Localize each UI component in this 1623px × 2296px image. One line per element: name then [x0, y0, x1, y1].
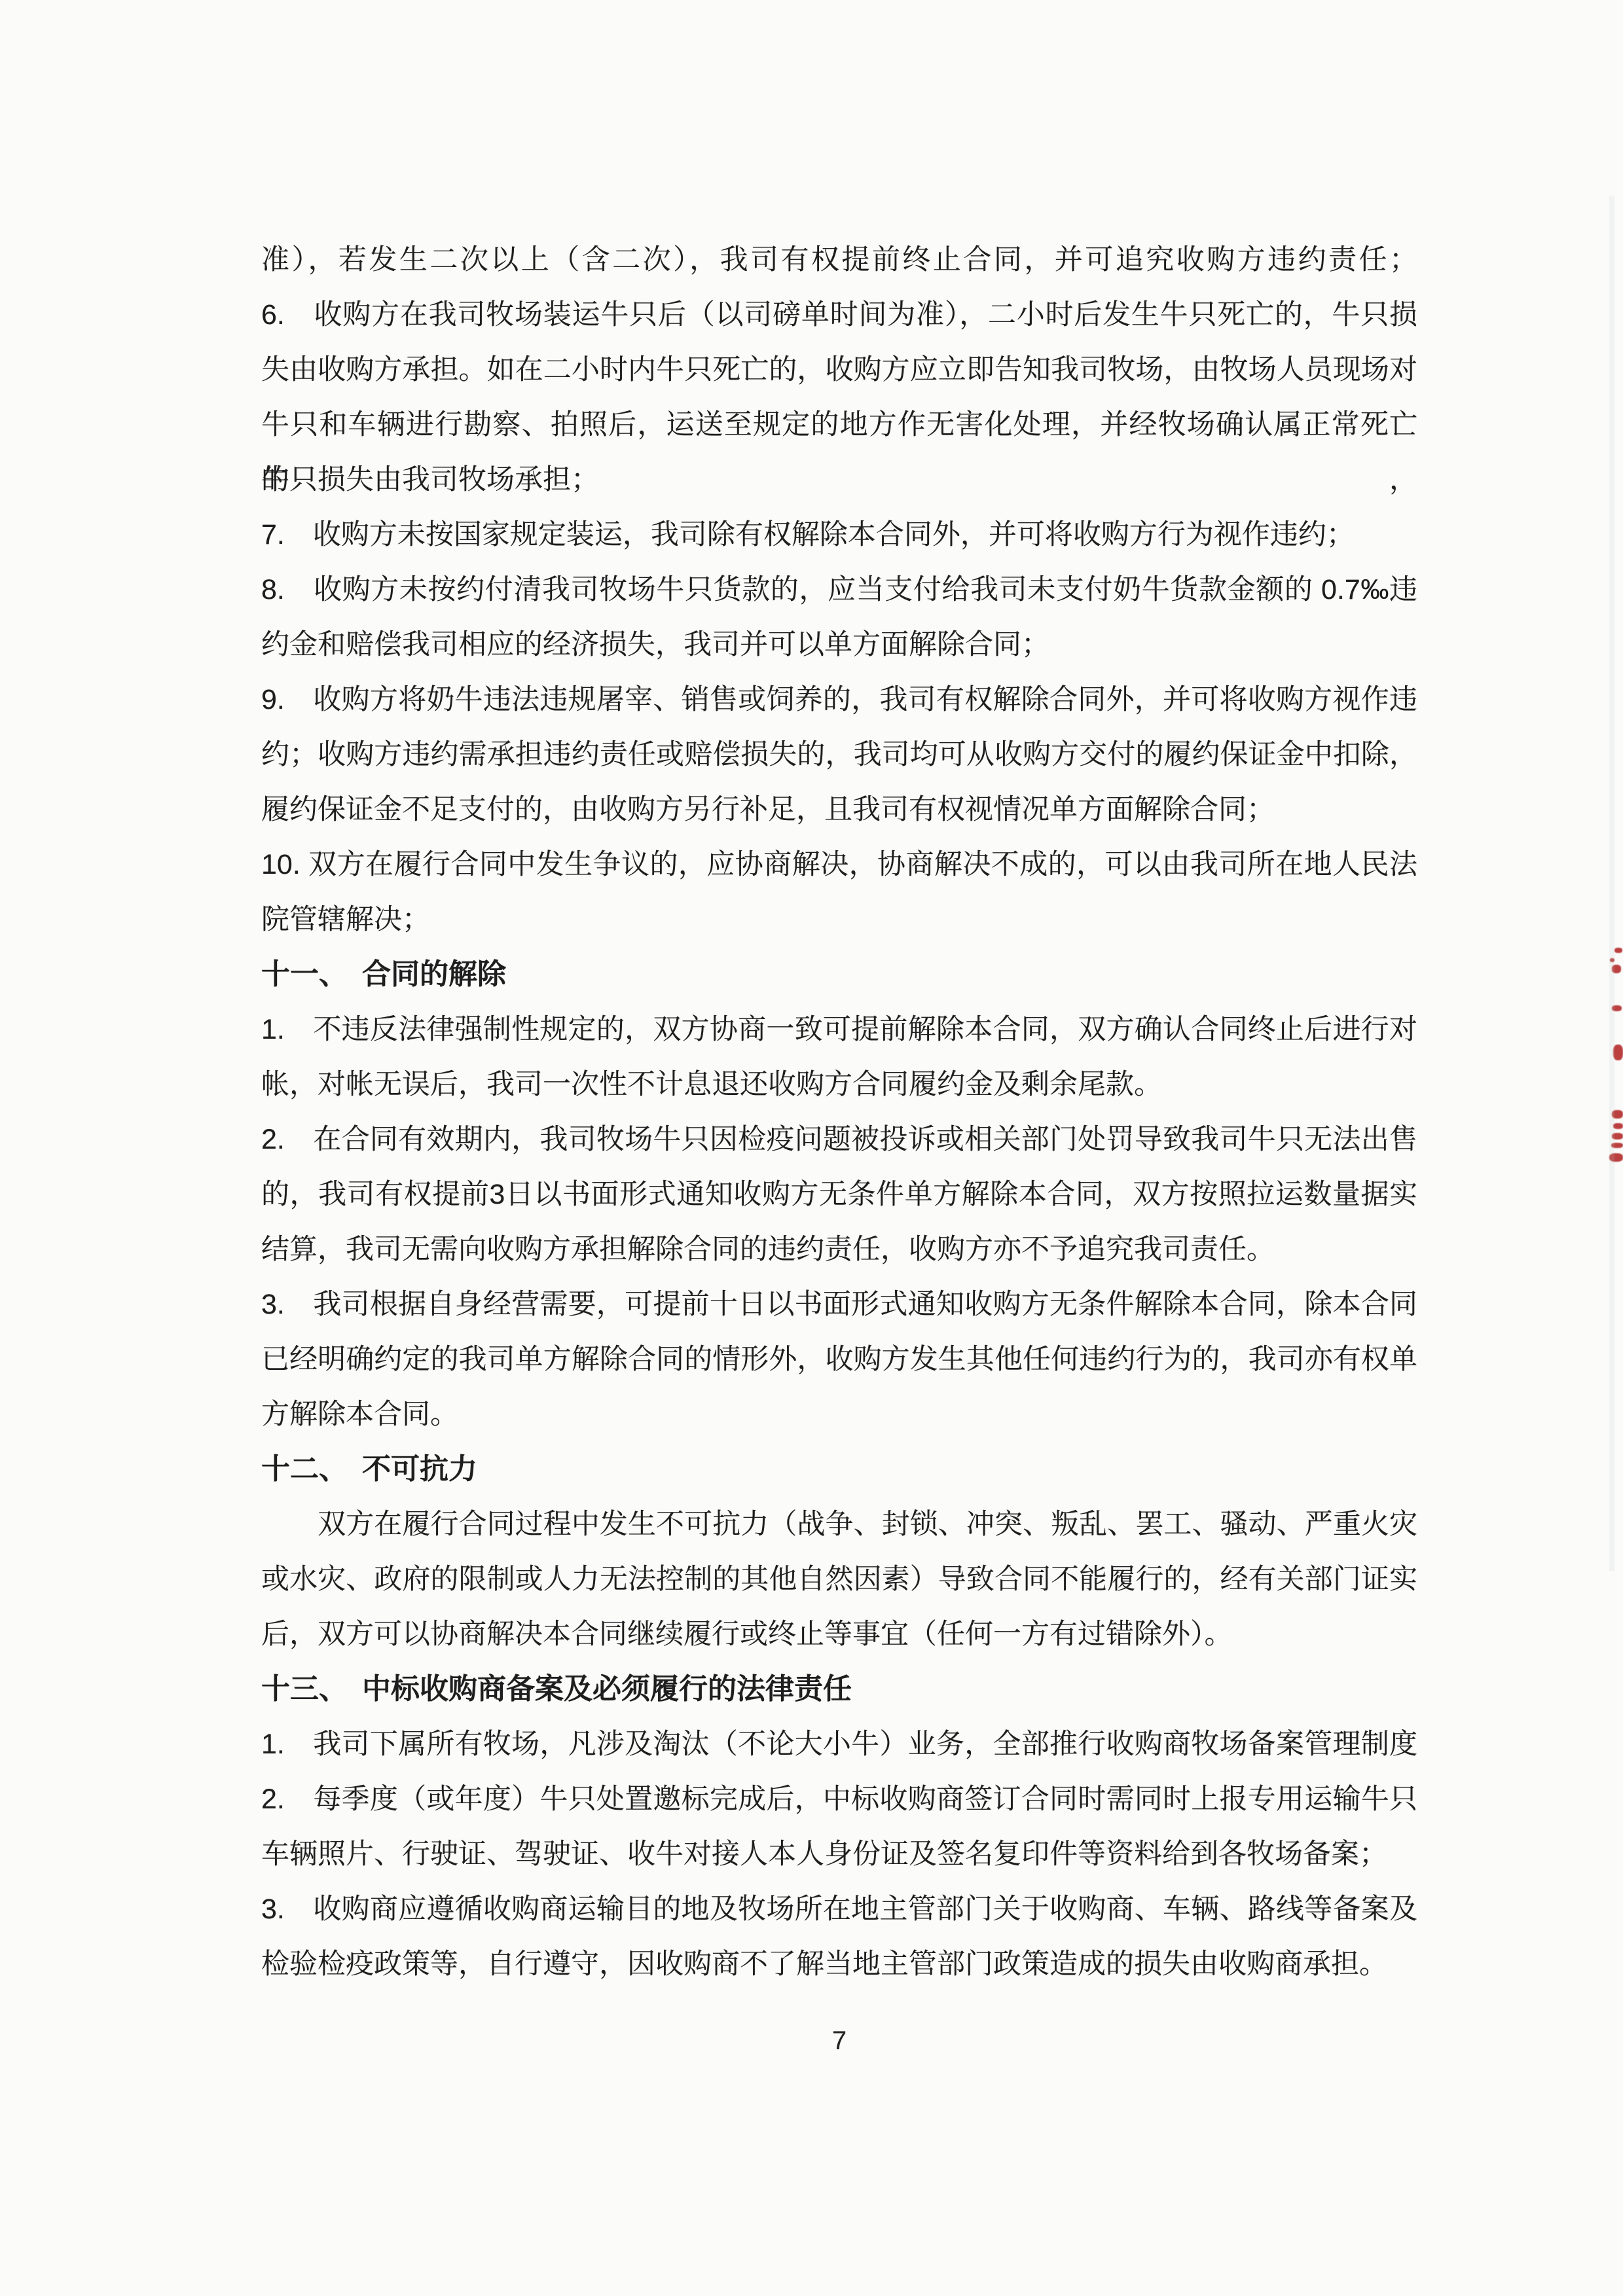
- contract-line: 后，双方可以协商解决本合同继续履行或终止等事宜（任何一方有过错除外）。: [261, 1607, 1417, 1662]
- document-page: 准），若发生二次以上（含二次），我司有权提前终止合同，并可追究收购方违约责任； …: [0, 0, 1623, 2296]
- contract-line: 2. 在合同有效期内，我司牧场牛只因检疫问题被投诉或相关部门处罚导致我司牛只无法…: [261, 1112, 1417, 1167]
- contract-line: 3. 我司根据自身经营需要，可提前十日以书面形式通知收购方无条件解除本合同，除本…: [261, 1277, 1417, 1332]
- contract-line: 结算，我司无需向收购方承担解除合同的违约责任，收购方亦不予追究我司责任。: [261, 1222, 1417, 1277]
- contract-line: 已经明确约定的我司单方解除合同的情形外，收购方发生其他任何违约行为的，我司亦有权…: [261, 1332, 1417, 1387]
- contract-line: 6. 收购方在我司牧场装运牛只后（以司磅单时间为准），二小时后发生牛只死亡的，牛…: [261, 287, 1417, 342]
- contract-line: 双方在履行合同过程中发生不可抗力（战争、封锁、冲突、叛乱、罢工、骚动、严重火灾: [261, 1497, 1417, 1552]
- contract-line: 3. 收购商应遵循收购商运输目的地及牧场所在地主管部门关于收购商、车辆、路线等备…: [261, 1882, 1417, 1937]
- contract-text-block: 准），若发生二次以上（含二次），我司有权提前终止合同，并可追究收购方违约责任； …: [261, 232, 1417, 1992]
- section-heading: 十一、 合同的解除: [261, 947, 1417, 1002]
- contract-line: 10. 双方在履行合同中发生争议的，应协商解决，协商解决不成的，可以由我司所在地…: [261, 837, 1417, 892]
- contract-line: 履约保证金不足支付的，由收购方另行补足，且我司有权视情况单方面解除合同；: [261, 782, 1417, 837]
- contract-line: 8. 收购方未按约付清我司牧场牛只货款的，应当支付给我司未支付奶牛货款金额的 0…: [261, 562, 1417, 617]
- contract-line: 方解除本合同。: [261, 1387, 1417, 1442]
- contract-line: 1. 不违反法律强制性规定的，双方协商一致可提前解除本合同，双方确认合同终止后进…: [261, 1002, 1417, 1057]
- contract-line: 2. 每季度（或年度）牛只处置邀标完成后，中标收购商签订合同时需同时上报专用运输…: [261, 1772, 1417, 1827]
- section-heading: 十三、 中标收购商备案及必须履行的法律责任: [261, 1662, 1417, 1717]
- contract-line: 院管辖解决；: [261, 892, 1417, 947]
- contract-line: 检验检疫政策等，自行遵守，因收购商不了解当地主管部门政策造成的损失由收购商承担。: [261, 1937, 1417, 1992]
- contract-line: 车辆照片、行驶证、驾驶证、收牛对接人本人身份证及签名复印件等资料给到各牧场备案；: [261, 1827, 1417, 1882]
- contract-line: 约金和赔偿我司相应的经济损失，我司并可以单方面解除合同；: [261, 617, 1417, 672]
- contract-line: 约；收购方违约需承担违约责任或赔偿损失的，我司均可从收购方交付的履约保证金中扣除…: [261, 727, 1417, 782]
- section-heading: 十二、 不可抗力: [261, 1442, 1417, 1497]
- contract-line: 9. 收购方将奶牛违法违规屠宰、销售或饲养的，我司有权解除合同外，并可将收购方视…: [261, 672, 1417, 727]
- red-stamp-mark: [1613, 1123, 1623, 1129]
- red-stamp-mark: [1613, 1045, 1623, 1060]
- contract-line: 的，我司有权提前3日以书面形式通知收购方无条件单方解除本合同，双方按照拉运数量据…: [261, 1167, 1417, 1222]
- page-number: 7: [261, 2026, 1417, 2056]
- contract-line: 7. 收购方未按国家规定装运，我司除有权解除本合同外，并可将收购方行为视作违约；: [261, 507, 1417, 562]
- contract-line: 帐，对帐无误后，我司一次性不计息退还收购方合同履约金及剩余尾款。: [261, 1057, 1417, 1112]
- contract-line: 准），若发生二次以上（含二次），我司有权提前终止合同，并可追究收购方违约责任；: [261, 232, 1417, 287]
- contract-line: 牛只和车辆进行勘察、拍照后，运送至规定的地方作无害化处理，并经牧场确认属正常死亡…: [261, 397, 1417, 452]
- contract-line: 或水灾、政府的限制或人力无法控制的其他自然因素）导致合同不能履行的，经有关部门证…: [261, 1552, 1417, 1607]
- contract-line: 失由收购方承担。如在二小时内牛只死亡的，收购方应立即告知我司牧场，由牧场人员现场…: [261, 342, 1417, 397]
- red-stamp-mark: [1614, 948, 1622, 953]
- scan-streak: [1609, 196, 1614, 1571]
- contract-line: 1. 我司下属所有牧场，凡涉及淘汰（不论大小牛）业务，全部推行收购商牧场备案管理…: [261, 1717, 1417, 1772]
